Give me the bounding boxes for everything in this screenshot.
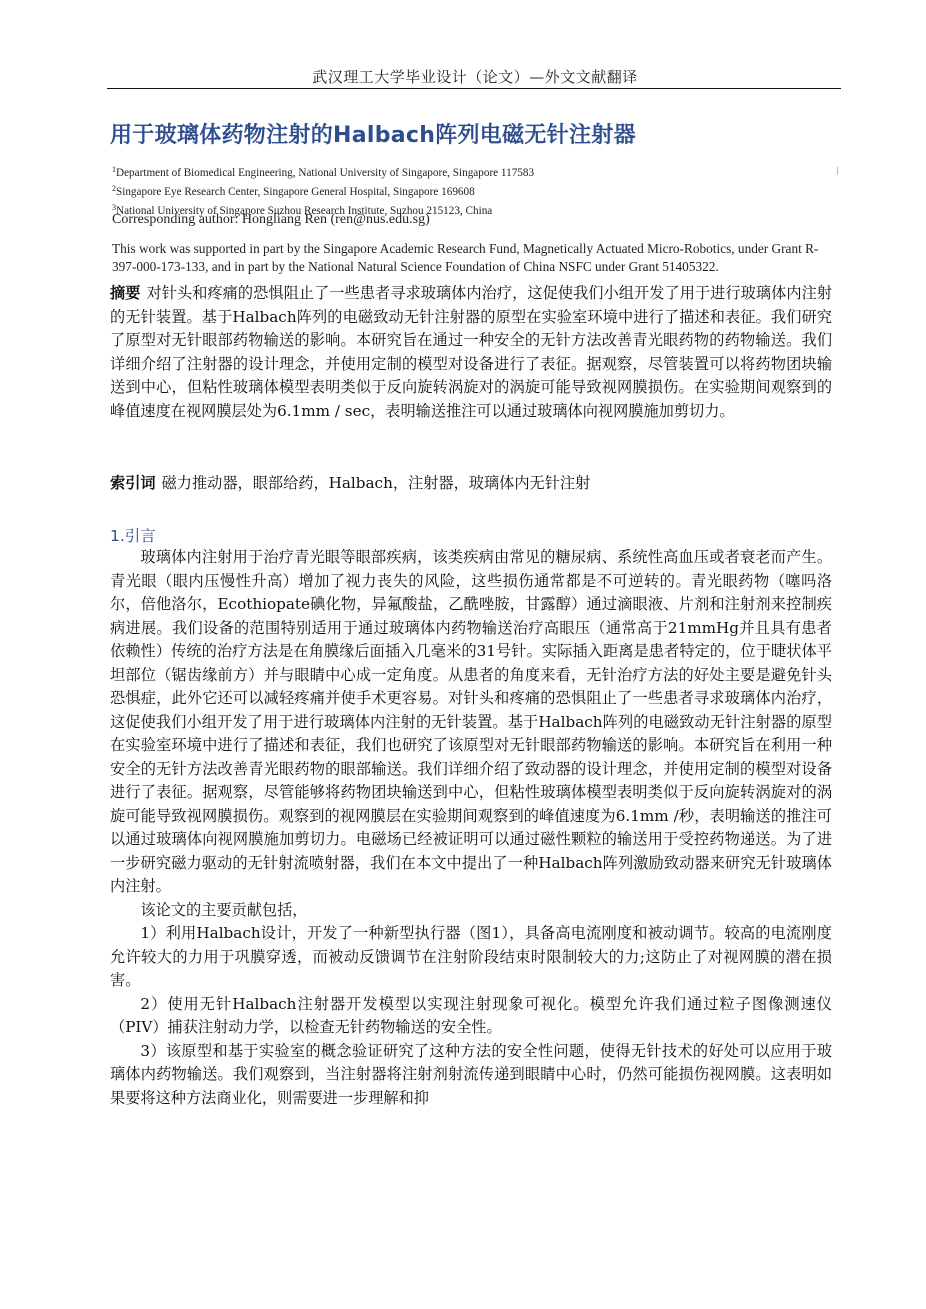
section-heading-introduction: 1.引言 [110, 524, 156, 546]
introduction-body: 玻璃体内注射用于治疗青光眼等眼部疾病，该类疾病由常见的糖尿病、系统性高血压或者衰… [110, 546, 832, 1110]
paragraph: 玻璃体内注射用于治疗青光眼等眼部疾病，该类疾病由常见的糖尿病、系统性高血压或者衰… [110, 546, 832, 899]
affiliation-2: 2Singapore Eye Research Center, Singapor… [112, 181, 832, 200]
affiliations: 1Department of Biomedical Engineering, N… [112, 162, 832, 219]
affiliation-1: 1Department of Biomedical Engineering, N… [112, 162, 832, 181]
funding-note: This work was supported in part by the S… [112, 240, 842, 276]
running-header: 武汉理工大学毕业设计（论文）—外文文献翻译 [110, 66, 840, 87]
keywords-text: 磁力推动器，眼部给药，Halbach，注射器，玻璃体内无针注射 [162, 474, 591, 492]
abstract-text: 对针头和疼痛的恐惧阻止了一些患者寻求玻璃体内治疗，这促使我们小组开发了用于进行玻… [110, 284, 832, 420]
keywords-label: 索引词 [110, 474, 156, 492]
corresponding-author: Corresponding author: Hongliang Ren (ren… [112, 212, 430, 228]
paragraph: 1）利用Halbach设计，开发了一种新型执行器（图1），具备高电流刚度和被动调… [110, 922, 832, 993]
abstract-label: 摘要 [110, 284, 140, 302]
header-divider [107, 88, 841, 89]
paragraph: 3）该原型和基于实验室的概念验证研究了这种方法的安全性问题，使得无针技术的好处可… [110, 1040, 832, 1111]
paragraph: 2）使用无针Halbach注射器开发模型以实现注射现象可视化。模型允许我们通过粒… [110, 993, 832, 1040]
paper-title: 用于玻璃体药物注射的Halbach阵列电磁无针注射器 [110, 118, 636, 149]
keywords: 索引词磁力推动器，眼部给药，Halbach，注射器，玻璃体内无针注射 [110, 472, 832, 496]
scan-artifact-mark [837, 167, 838, 175]
paragraph: 该论文的主要贡献包括， [110, 899, 832, 923]
abstract: 摘要对针头和疼痛的恐惧阻止了一些患者寻求玻璃体内治疗，这促使我们小组开发了用于进… [110, 282, 832, 423]
